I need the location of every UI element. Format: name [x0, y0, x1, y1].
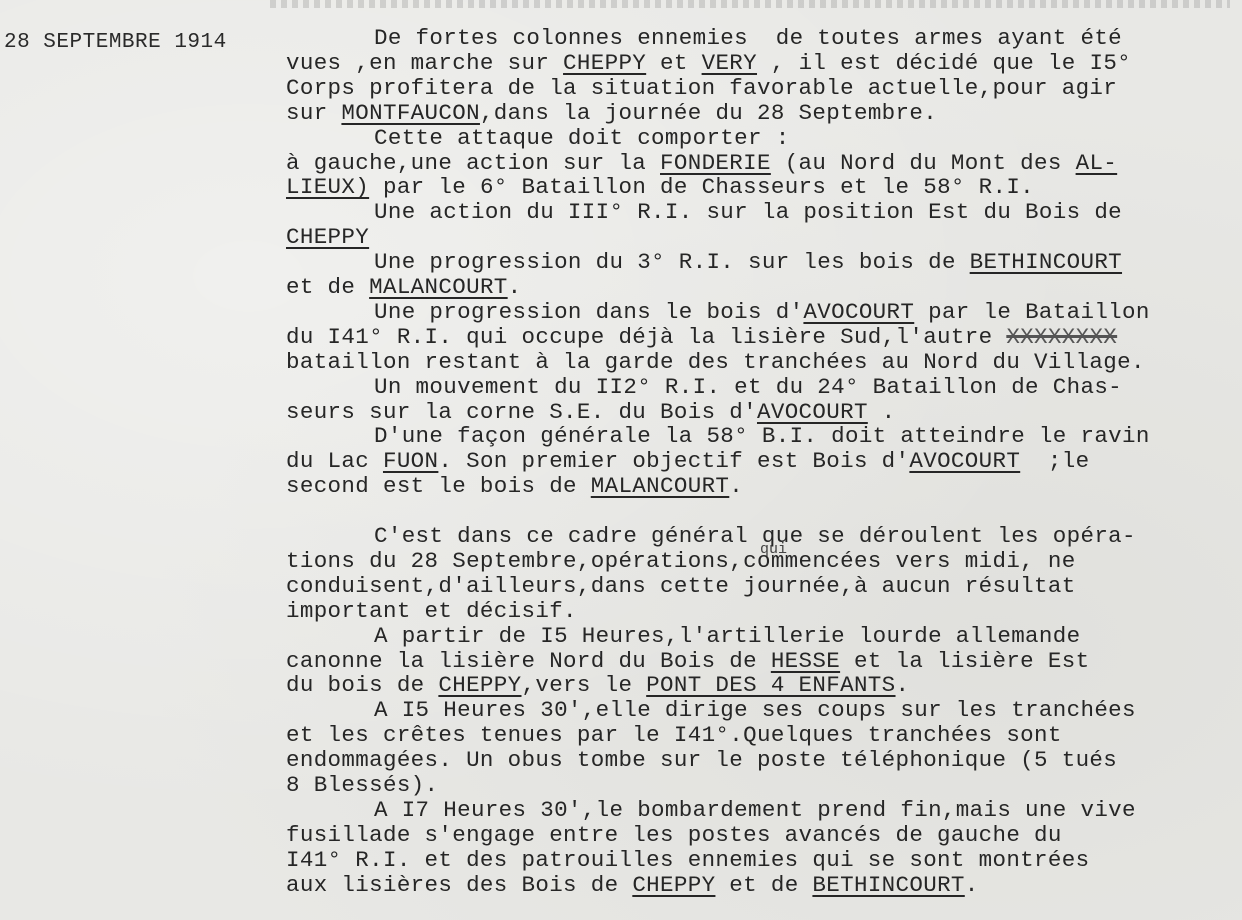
- text-segment: second est le bois de: [286, 473, 591, 499]
- text-segment: vues ,en marche sur: [286, 50, 563, 76]
- underlined-place-name: AVOCOURT: [757, 399, 868, 425]
- text-segment: ,vers le: [522, 672, 647, 698]
- text-segment: à gauche,une action sur la: [286, 150, 660, 176]
- text-segment: .: [729, 473, 743, 499]
- text-segment: du bois de: [286, 672, 438, 698]
- text-line: important et décisif.: [286, 599, 577, 623]
- text-segment: et les crêtes tenues par le I41°.Quelque…: [286, 722, 1062, 748]
- underlined-place-name: VERY: [702, 50, 757, 76]
- text-line: De fortes colonnes ennemies de toutes ar…: [374, 26, 1122, 50]
- text-segment: (au Nord du Mont des: [771, 150, 1076, 176]
- text-line: Une progression du 3° R.I. sur les bois …: [374, 250, 1122, 274]
- text-segment: .: [965, 872, 979, 898]
- text-line: et les crêtes tenues par le I41°.Quelque…: [286, 723, 1062, 747]
- text-segment: important et décisif.: [286, 598, 577, 624]
- text-segment: .: [896, 672, 910, 698]
- text-line: A I5 Heures 30',elle dirige ses coups su…: [374, 698, 1136, 722]
- text-segment: sur: [286, 100, 341, 126]
- text-line: sur MONTFAUCON,dans la journée du 28 Sep…: [286, 101, 937, 125]
- text-segment: Corps profitera de la situation favorabl…: [286, 75, 1117, 101]
- text-line: du Lac FUON. Son premier objectif est Bo…: [286, 449, 1089, 473]
- text-segment: et la lisière Est: [840, 648, 1089, 674]
- text-segment: par le Bataillon: [914, 299, 1150, 325]
- underlined-place-name: CHEPPY: [563, 50, 646, 76]
- text-segment: endommagées. Un obus tombe sur le poste …: [286, 747, 1117, 773]
- text-segment: A partir de I5 Heures,l'artillerie lourd…: [374, 623, 1080, 649]
- text-segment: . Son premier objectif est Bois d': [438, 448, 909, 474]
- text-line: conduisent,d'ailleurs,dans cette journée…: [286, 574, 1076, 598]
- text-segment: Une progression du 3° R.I. sur les bois …: [374, 249, 970, 275]
- bleed-through-text: [270, 0, 1230, 8]
- text-segment: 8 Blessés).: [286, 772, 438, 798]
- text-segment: bataillon restant à la garde des tranché…: [286, 349, 1145, 375]
- text-segment: par le 6° Bataillon de Chasseurs et le 5…: [369, 174, 1034, 200]
- text-line: et de MALANCOURT.: [286, 275, 522, 299]
- text-segment: aux lisières des Bois de: [286, 872, 632, 898]
- text-line: Corps profitera de la situation favorabl…: [286, 76, 1117, 100]
- text-segment: et de: [715, 872, 812, 898]
- text-segment: Une action du III° R.I. sur la position …: [374, 199, 1122, 225]
- entry-date: 28 SEPTEMBRE 1914: [4, 31, 227, 54]
- underlined-place-name: BETHINCOURT: [812, 872, 964, 898]
- struck-out-text: XXXXXXXX: [1006, 324, 1117, 350]
- document-page: 28 SEPTEMBRE 1914 De fortes colonnes enn…: [0, 0, 1242, 920]
- underlined-place-name: MALANCOURT: [591, 473, 730, 499]
- text-segment: canonne la lisière Nord du Bois de: [286, 648, 771, 674]
- text-line: Un mouvement du II2° R.I. et du 24° Bata…: [374, 375, 1122, 399]
- text-line: Une action du III° R.I. sur la position …: [374, 200, 1122, 224]
- text-segment: et: [646, 50, 701, 76]
- underlined-place-name: LIEUX): [286, 174, 369, 200]
- underlined-place-name: HESSE: [771, 648, 840, 674]
- text-line: bataillon restant à la garde des tranché…: [286, 350, 1145, 374]
- text-segment: , il est décidé que le I5°: [757, 50, 1131, 76]
- text-segment: du Lac: [286, 448, 383, 474]
- underlined-place-name: FONDERIE: [660, 150, 771, 176]
- underlined-place-name: MONTFAUCON: [341, 100, 480, 126]
- underlined-place-name: BETHINCOURT: [970, 249, 1122, 275]
- text-segment: .: [868, 399, 896, 425]
- text-segment: et de: [286, 274, 369, 300]
- text-segment: Un mouvement du II2° R.I. et du 24° Bata…: [374, 374, 1122, 400]
- text-segment: A I7 Heures 30',le bombardement prend fi…: [374, 797, 1136, 823]
- text-segment: ;le: [1020, 448, 1089, 474]
- text-segment: Une progression dans le bois d': [374, 299, 803, 325]
- text-line: I41° R.I. et des patrouilles ennemies qu…: [286, 848, 1089, 872]
- text-line: canonne la lisière Nord du Bois de HESSE…: [286, 649, 1089, 673]
- text-line: second est le bois de MALANCOURT.: [286, 474, 743, 498]
- underlined-place-name: AL-: [1076, 150, 1118, 176]
- text-line: 8 Blessés).: [286, 773, 438, 797]
- text-line: endommagées. Un obus tombe sur le poste …: [286, 748, 1117, 772]
- text-line: aux lisières des Bois de CHEPPY et de BE…: [286, 873, 979, 897]
- underlined-place-name: PONT DES 4 ENFANTS: [646, 672, 895, 698]
- underlined-place-name: MALANCOURT: [369, 274, 508, 300]
- text-segment: ,dans la journée du 28 Septembre.: [480, 100, 937, 126]
- underlined-place-name: CHEPPY: [286, 224, 369, 250]
- text-segment: Cette attaque doit comporter :: [374, 125, 790, 151]
- text-segment: A I5 Heures 30',elle dirige ses coups su…: [374, 697, 1136, 723]
- text-line: A partir de I5 Heures,l'artillerie lourd…: [374, 624, 1080, 648]
- underlined-place-name: AVOCOURT: [909, 448, 1020, 474]
- text-line: C'est dans ce cadre général que se dérou…: [374, 524, 1136, 548]
- underlined-place-name: FUON: [383, 448, 438, 474]
- text-segment: I41° R.I. et des patrouilles ennemies qu…: [286, 847, 1089, 873]
- text-line: à gauche,une action sur la FONDERIE (au …: [286, 151, 1117, 175]
- text-line: CHEPPY: [286, 225, 369, 249]
- text-line: D'une façon générale la 58° B.I. doit at…: [374, 424, 1150, 448]
- text-line: tions du 28 Septembre,opérations,commenc…: [286, 549, 1076, 573]
- text-segment: .: [508, 274, 522, 300]
- text-line: Une progression dans le bois d'AVOCOURT …: [374, 300, 1150, 324]
- text-segment: C'est dans ce cadre général que se dérou…: [374, 523, 1136, 549]
- text-segment: conduisent,d'ailleurs,dans cette journée…: [286, 573, 1076, 599]
- text-line: du bois de CHEPPY,vers le PONT DES 4 ENF…: [286, 673, 909, 697]
- handwritten-insertion: qui: [760, 541, 787, 558]
- underlined-place-name: CHEPPY: [632, 872, 715, 898]
- text-line: Cette attaque doit comporter :: [374, 126, 790, 150]
- text-line: fusillade s'engage entre les postes avan…: [286, 823, 1062, 847]
- text-line: vues ,en marche sur CHEPPY et VERY , il …: [286, 51, 1131, 75]
- underlined-place-name: CHEPPY: [438, 672, 521, 698]
- text-segment: fusillade s'engage entre les postes avan…: [286, 822, 1062, 848]
- underlined-place-name: AVOCOURT: [803, 299, 914, 325]
- text-line: seurs sur la corne S.E. du Bois d'AVOCOU…: [286, 400, 896, 424]
- text-line: LIEUX) par le 6° Bataillon de Chasseurs …: [286, 175, 1034, 199]
- text-segment: De fortes colonnes ennemies de toutes ar…: [374, 25, 1122, 51]
- text-segment: du I41° R.I. qui occupe déjà la lisière …: [286, 324, 1006, 350]
- text-line: A I7 Heures 30',le bombardement prend fi…: [374, 798, 1136, 822]
- text-segment: seurs sur la corne S.E. du Bois d': [286, 399, 757, 425]
- text-line: du I41° R.I. qui occupe déjà la lisière …: [286, 325, 1117, 349]
- text-segment: D'une façon générale la 58° B.I. doit at…: [374, 423, 1150, 449]
- text-segment: tions du 28 Septembre,opérations,commenc…: [286, 548, 1076, 574]
